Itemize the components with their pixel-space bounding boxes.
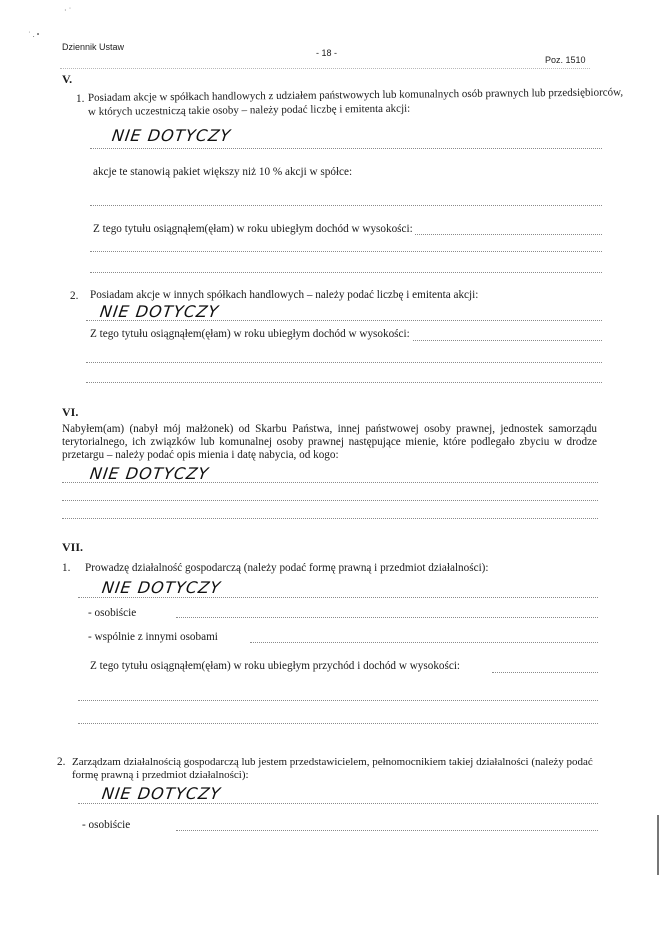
vi-answer-field-line3[interactable]	[62, 518, 598, 519]
scan-edge-mark	[657, 815, 659, 875]
vii2-personally-label: - osobiście	[82, 819, 130, 832]
v2-income-field-line2[interactable]	[86, 362, 602, 363]
v2-income-label: Z tego tytułu osiągnąłem(ęłam) w roku ub…	[90, 328, 410, 341]
vi-text: Nabyłem(am) (nabył mój małżonek) od Skar…	[62, 423, 597, 462]
vii1-number: 1.	[62, 562, 70, 575]
v2-income-field[interactable]	[413, 340, 602, 341]
vii1-personally-field[interactable]	[176, 617, 598, 618]
journal-name: Dziennik Ustaw	[62, 42, 124, 52]
v1-share-label: akcje te stanowią pakiet większy niż 10 …	[93, 166, 352, 179]
v2-income-field-line3[interactable]	[86, 382, 602, 383]
v1-income-field-line3[interactable]	[90, 272, 602, 273]
v1-share-field[interactable]	[90, 205, 602, 206]
section-v-title: V.	[62, 72, 72, 87]
scan-speck: · ˙	[64, 6, 71, 15]
vii2-answer-field[interactable]	[78, 803, 598, 804]
vii1-income-field-line2[interactable]	[78, 700, 598, 701]
vii2-label-line1: Zarządzam działalnością gospodarczą lub …	[72, 756, 593, 769]
vii2-answer-handwritten[interactable]: NIE DOTYCZY	[101, 784, 223, 803]
page-number: - 18 -	[316, 48, 337, 58]
vii2-personally-field[interactable]	[176, 830, 598, 831]
vi-answer-field[interactable]	[62, 482, 598, 483]
vii1-jointly-label: - wspólnie z innymi osobami	[88, 631, 218, 644]
v1-income-field[interactable]	[415, 234, 602, 235]
vi-answer-field-line2[interactable]	[62, 500, 598, 501]
v2-answer-handwritten[interactable]: NIE DOTYCZY	[99, 302, 221, 321]
vii1-income-label: Z tego tytułu osiągnąłem(ęłam) w roku ub…	[90, 660, 460, 673]
vii1-income-field[interactable]	[492, 672, 598, 673]
vii1-personally-label: - osobiście	[88, 607, 136, 620]
vii1-jointly-field[interactable]	[250, 642, 598, 643]
vii2-label-line2: formę prawną i przedmiot działalności):	[72, 769, 249, 782]
vii2-number: 2.	[57, 756, 65, 769]
v2-number: 2.	[70, 290, 78, 303]
vii1-income-field-line3[interactable]	[78, 723, 598, 724]
scan-speck: ˙ . •	[28, 30, 39, 39]
v1-income-field-line2[interactable]	[90, 251, 602, 252]
v1-answer-field[interactable]	[90, 148, 602, 149]
header-rule	[60, 68, 590, 69]
v1-answer-handwritten[interactable]: NIE DOTYCZY	[111, 126, 233, 145]
vii1-answer-handwritten[interactable]: NIE DOTYCZY	[101, 578, 223, 597]
section-vii-title: VII.	[62, 540, 83, 555]
v2-answer-field[interactable]	[86, 320, 602, 321]
v1-income-label: Z tego tytułu osiągnąłem(ęłam) w roku ub…	[93, 223, 413, 236]
vii1-label: Prowadzę działalność gospodarczą (należy…	[85, 562, 489, 575]
position-number: Poz. 1510	[545, 55, 586, 65]
v2-label: Posiadam akcje w innych spółkach handlow…	[90, 289, 478, 302]
v1-number: 1.	[76, 93, 84, 106]
section-vi-title: VI.	[62, 405, 78, 420]
vii1-answer-field[interactable]	[78, 597, 598, 598]
v1-label-line2: w których uczestniczą takie osoby – nale…	[88, 103, 410, 119]
vi-answer-handwritten[interactable]: NIE DOTYCZY	[89, 464, 211, 483]
